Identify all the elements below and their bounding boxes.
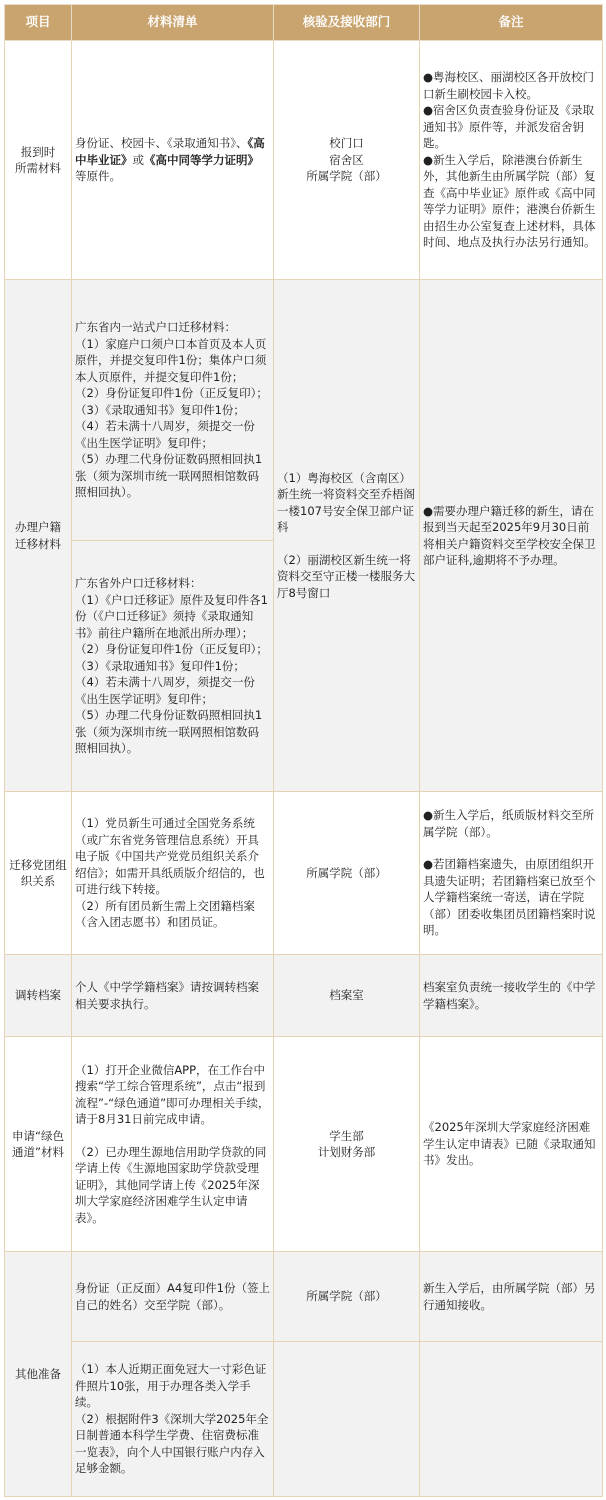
table-row-other-prep-photos-fees: （1）本人近期正面免冠大一寸彩色证件照片10张，用于办理各类入学手续。 （2）根… (5, 1342, 603, 1497)
materials-cell: 身份证、校园卡、《录取通知书》、《高中毕业证》或《高中同等学力证明》等原件。 (72, 41, 274, 280)
header-item: 项目 (5, 5, 72, 41)
item-cell: 报到时 所需材料 (5, 41, 72, 280)
department-cell: 学生部 计划财务部 (274, 1037, 420, 1252)
department-cell: 所属学院（部） (274, 1252, 420, 1342)
notes-cell-empty (420, 1342, 603, 1497)
materials-cell: 个人《中学学籍档案》请按调转档案相关要求执行。 (72, 955, 274, 1037)
table-header-row: 项目 材料清单 核验及接收部门 备注 (5, 5, 603, 41)
department-cell: 档案室 (274, 955, 420, 1037)
department-cell: （1）粤海校区（含南区）新生统一将资料交至乔梧阁一楼107号安全保卫部户证科 （… (274, 280, 420, 792)
materials-cell: （1）本人近期正面免冠大一寸彩色证件照片10张，用于办理各类入学手续。 （2）根… (72, 1342, 274, 1497)
department-cell-empty (274, 1342, 420, 1497)
notes-cell: 新生入学后，由所属学院（部）另行通知接收。 (420, 1252, 603, 1342)
item-cell: 调转档案 (5, 955, 72, 1037)
enrollment-materials-table: 项目 材料清单 核验及接收部门 备注 报到时 所需材料 身份证、校园卡、《录取通… (4, 4, 603, 1497)
notes-cell: ●粤海校区、丽湖校区各开放校门口新生刷校园卡入校。 ●宿舍区负责查验身份证及《录… (420, 41, 603, 280)
table-row-party-relations: 迁移党团组 织关系 （1）党员新生可通过全国党务系统（或广东省党务管理信息系统）… (5, 792, 603, 955)
table-row-other-prep-id-copy: 其他准备 身份证（正反面）A4复印件1份（签上自己的姓名）交至学院（部）。 所属… (5, 1252, 603, 1342)
header-notes: 备注 (420, 5, 603, 41)
item-cell: 其他准备 (5, 1252, 72, 1497)
materials-cell-in-province: 广东省内一站式户口迁移材料： （1）家庭户口须户口本首页及本人页原件，并提交复印… (72, 280, 274, 541)
notes-cell: ●新生入学后，纸质版材料交至所属学院（部）。 ●若团籍档案遗失，由原团组织开具遗… (420, 792, 603, 955)
item-cell: 办理户籍 迁移材料 (5, 280, 72, 792)
table-row-report-materials: 报到时 所需材料 身份证、校园卡、《录取通知书》、《高中毕业证》或《高中同等学力… (5, 41, 603, 280)
department-cell: 所属学院（部） (274, 792, 420, 955)
table-row-archive-transfer: 调转档案 个人《中学学籍档案》请按调转档案相关要求执行。 档案室 档案室负责统一… (5, 955, 603, 1037)
header-materials: 材料清单 (72, 5, 274, 41)
materials-cell-out-province: 广东省外户口迁移材料： （1）《户口迁移证》原件及复印件各1份（《户口迁移证》须… (72, 541, 274, 792)
notes-cell: ●需要办理户籍迁移的新生，请在报到当天起至2025年9月30日前将相关户籍资料交… (420, 280, 603, 792)
bold-equivalent-cert: 《高中同等学力证明》 (144, 153, 259, 167)
materials-cell: 身份证（正反面）A4复印件1份（签上自己的姓名）交至学院（部）。 (72, 1252, 274, 1342)
item-cell: 迁移党团组 织关系 (5, 792, 72, 955)
header-department: 核验及接收部门 (274, 5, 420, 41)
notes-cell: 档案室负责统一接收学生的《中学学籍档案》。 (420, 955, 603, 1037)
notes-cell: 《2025年深圳大学家庭经济困难学生认定申请表》已随《录取通知书》发出。 (420, 1037, 603, 1252)
table-row-hukou-in-province: 办理户籍 迁移材料 广东省内一站式户口迁移材料： （1）家庭户口须户口本首页及本… (5, 280, 603, 541)
item-cell: 申请“绿色 通道”材料 (5, 1037, 72, 1252)
materials-cell: （1）打开企业微信APP，在工作台中搜索“学工综合管理系统”，点击“报到流程”-… (72, 1037, 274, 1252)
department-cell: 校门口 宿舍区 所属学院（部） (274, 41, 420, 280)
table-row-green-channel: 申请“绿色 通道”材料 （1）打开企业微信APP，在工作台中搜索“学工综合管理系… (5, 1037, 603, 1252)
materials-cell: （1）党员新生可通过全国党务系统（或广东省党务管理信息系统）开具电子版《中国共产… (72, 792, 274, 955)
